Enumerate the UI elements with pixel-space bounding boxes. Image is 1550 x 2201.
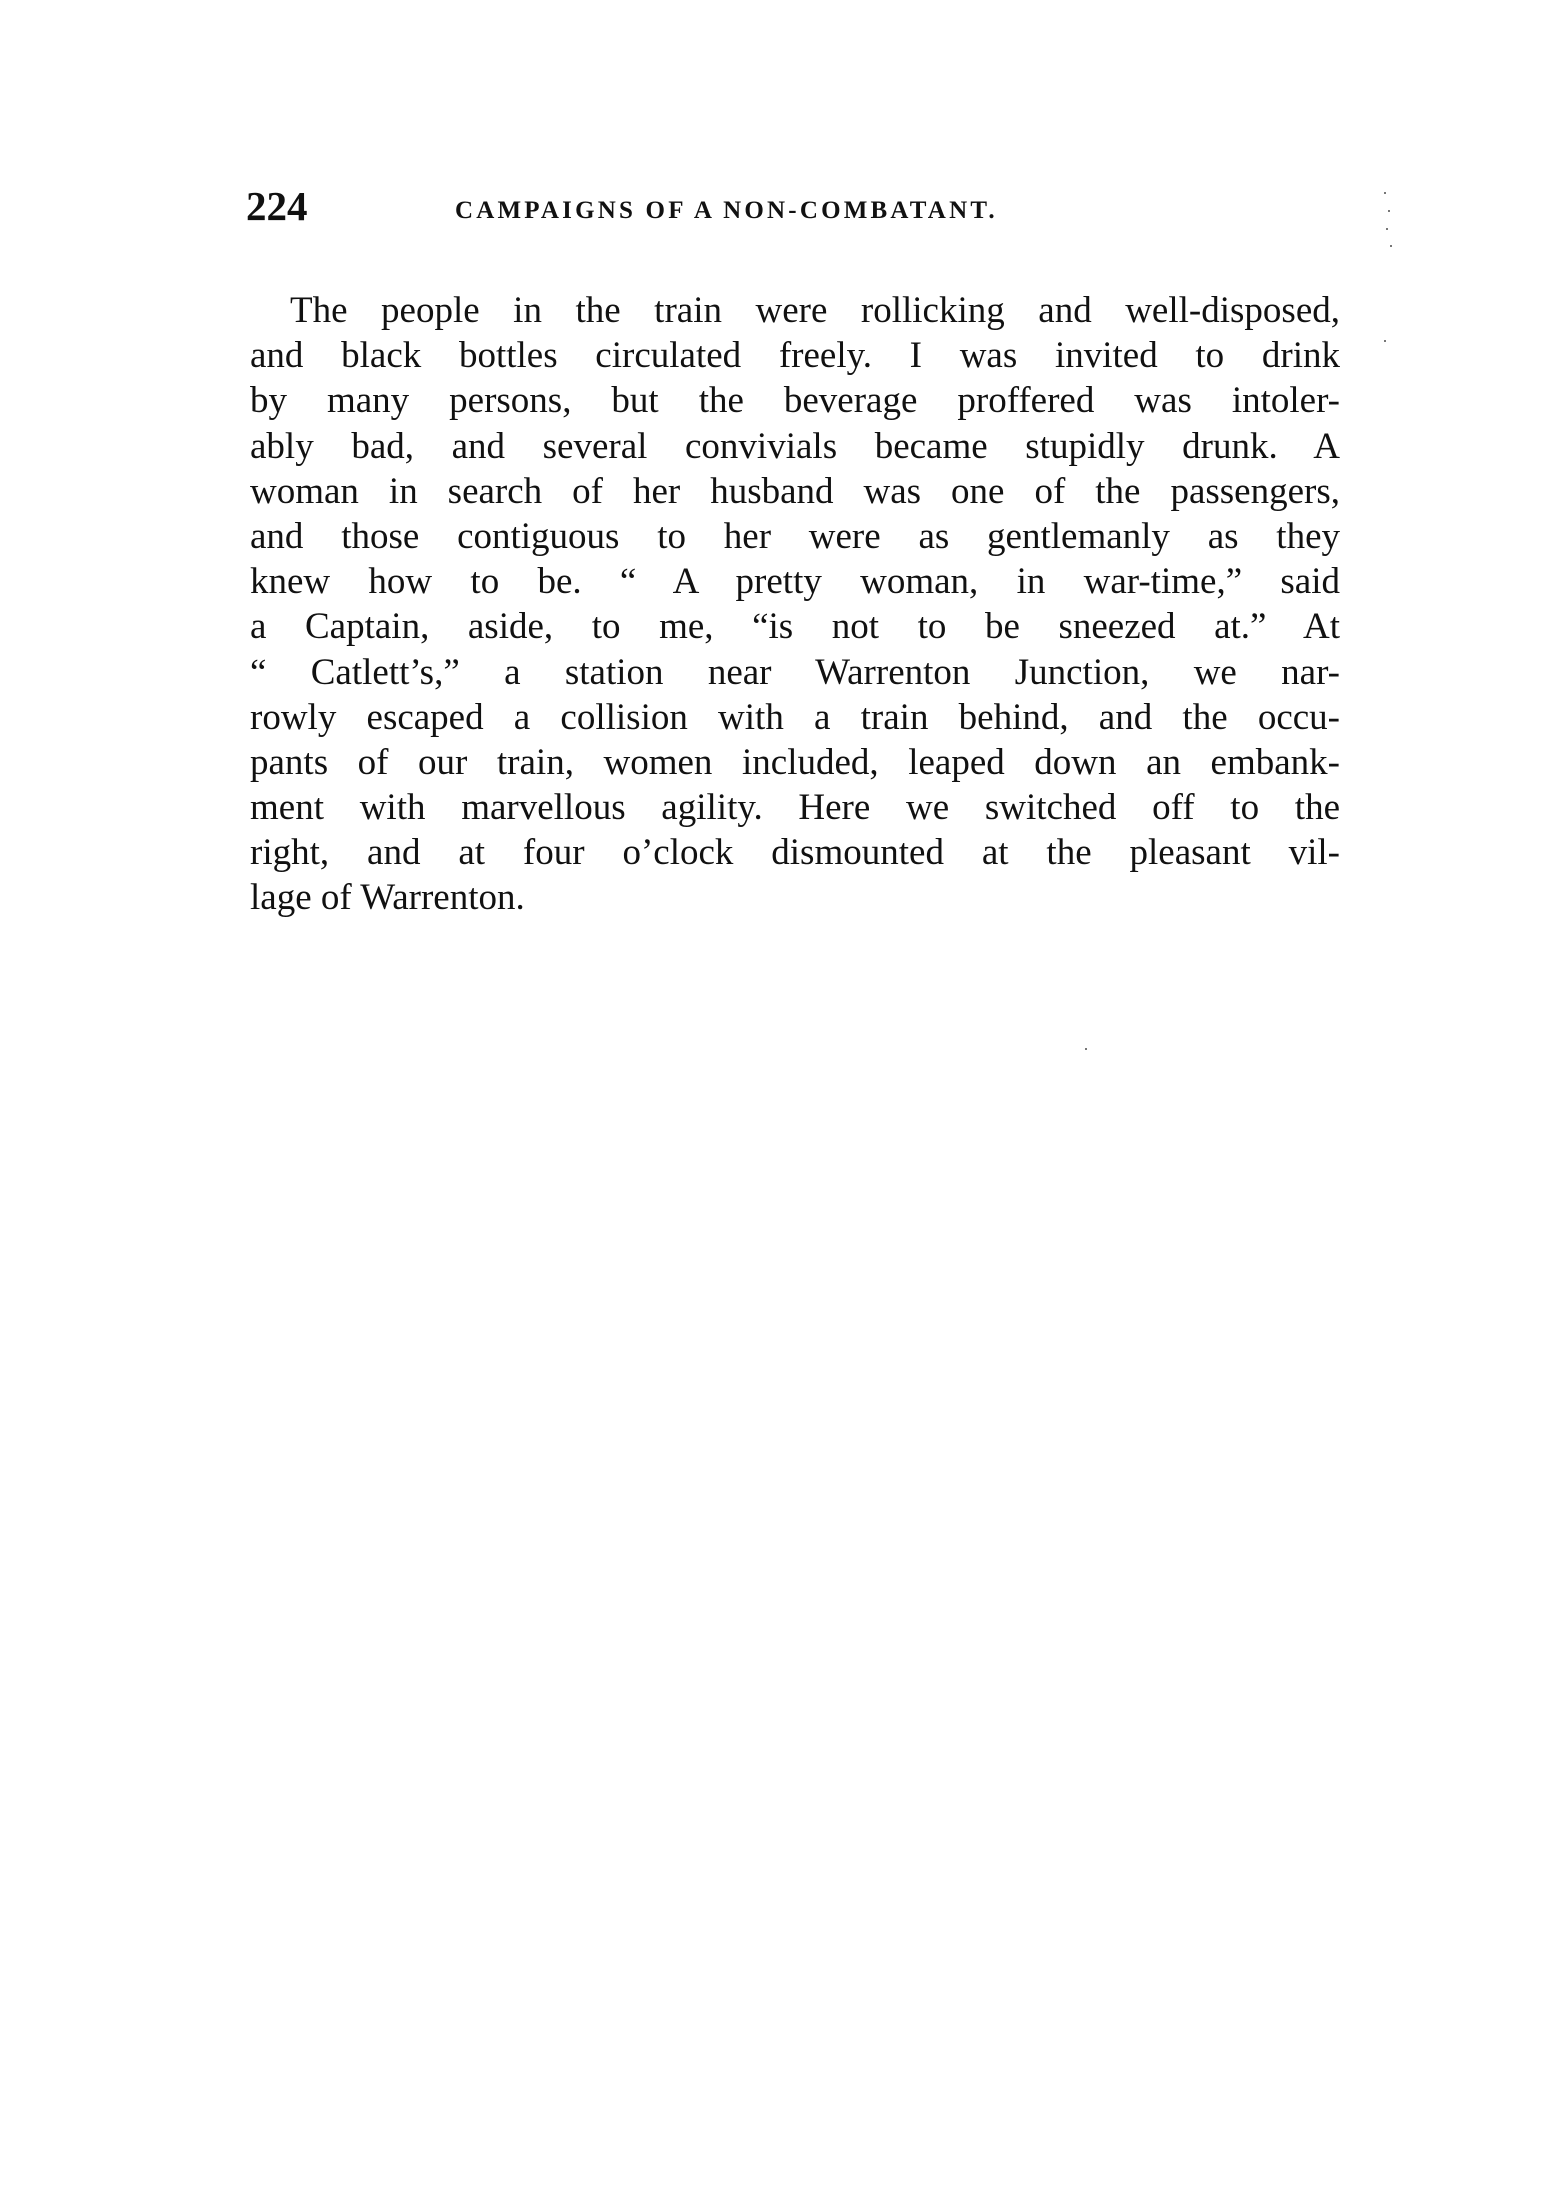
running-title: CAMPAIGNS OF A NON-COMBATANT. xyxy=(455,196,998,226)
running-head: 224 CAMPAIGNS OF A NON-COMBATANT. xyxy=(246,186,1126,226)
text-line: pants of our train, women included, leap… xyxy=(250,740,1340,785)
text-line: “ Catlett’s,” a station near Warrenton J… xyxy=(250,650,1340,695)
scan-speck xyxy=(1384,192,1386,194)
text-line: and those contiguous to her were as gent… xyxy=(250,514,1340,559)
scan-speck xyxy=(1384,340,1386,342)
body-paragraph: The people in the train were rollicking … xyxy=(250,288,1340,921)
text-line: ably bad, and several convivials became … xyxy=(250,424,1340,469)
scan-speck xyxy=(1085,1048,1087,1050)
text-line: and black bottles circulated freely. I w… xyxy=(250,333,1340,378)
book-page: 224 CAMPAIGNS OF A NON-COMBATANT. The pe… xyxy=(0,0,1550,2201)
text-line: right, and at four o’clock dismounted at… xyxy=(250,830,1340,875)
text-line: The people in the train were rollicking … xyxy=(250,288,1340,333)
page-number: 224 xyxy=(246,186,308,226)
text-line: by many persons, but the beverage proffe… xyxy=(250,378,1340,423)
text-line: knew how to be. “ A pretty woman, in war… xyxy=(250,559,1340,604)
scan-speck xyxy=(1388,210,1390,212)
text-line: a Captain, aside, to me, “is not to be s… xyxy=(250,604,1340,649)
text-line: lage of Warrenton. xyxy=(250,875,1340,920)
text-line: rowly escaped a collision with a train b… xyxy=(250,695,1340,740)
scan-speck xyxy=(1390,245,1392,247)
text-line: woman in search of her husband was one o… xyxy=(250,469,1340,514)
text-line: ment with marvellous agility. Here we sw… xyxy=(250,785,1340,830)
scan-speck xyxy=(1386,228,1388,230)
